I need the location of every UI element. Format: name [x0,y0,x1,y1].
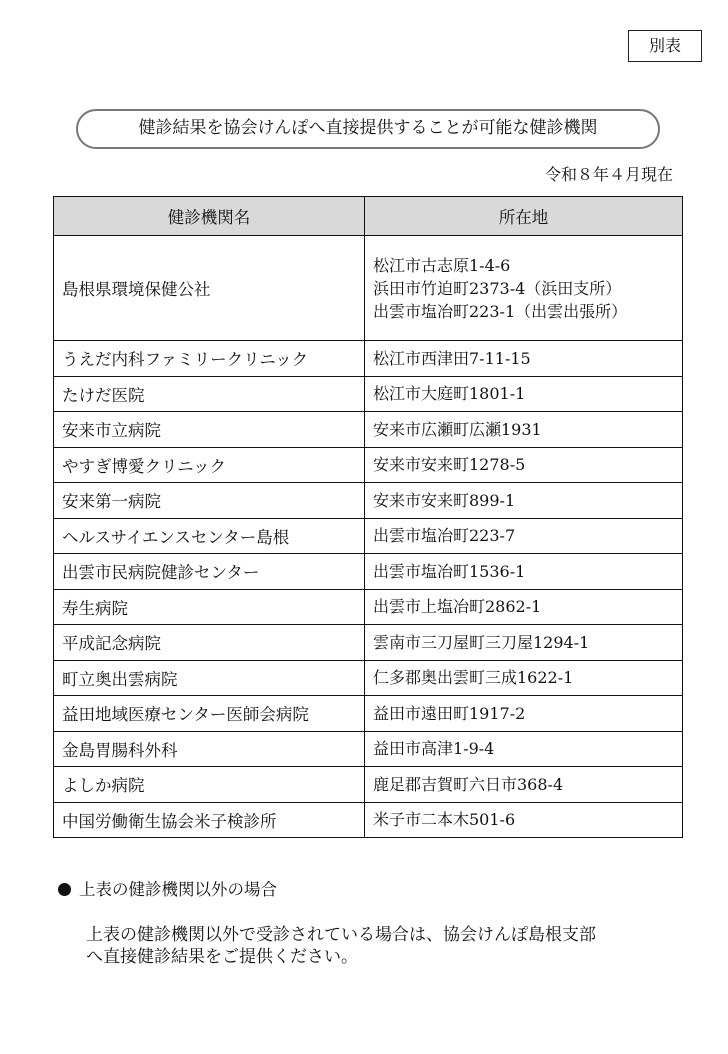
table-row: 安来第一病院安来市安来町899-1 [54,483,683,519]
table-row: たけだ医院松江市大庭町1801-1 [54,376,683,412]
institution-name: うえだ内科ファミリークリニック [54,341,365,377]
address-line: 松江市古志原1-4-6 [373,254,674,277]
table-header-row: 健診機関名 所在地 [54,197,683,236]
institution-address: 安来市安来町1278-5 [365,447,683,483]
institution-address: 出雲市塩冶町1536-1 [365,554,683,590]
address-line: 益田市高津1-9-4 [373,737,674,760]
section-body: 上表の健診機関以外で受診されている場合は、協会けんぽ島根支部 へ直接健診結果をご… [86,924,686,968]
table-row: 寿生病院出雲市上塩冶町2862-1 [54,589,683,625]
table-row: 町立奥出雲病院仁多郡奥出雲町三成1622-1 [54,660,683,696]
institution-name: ヘルスサイエンスセンター島根 [54,518,365,554]
address-line: 松江市大庭町1801-1 [373,382,674,405]
address-line: 益田市遠田町1917-2 [373,702,674,725]
section-heading: 上表の健診機関以外の場合 [58,876,277,900]
table-row: 中国労働衛生協会米子検診所米子市二本木501-6 [54,802,683,838]
institution-address: 出雲市上塩冶町2862-1 [365,589,683,625]
institution-address: 米子市二本木501-6 [365,802,683,838]
institution-table: 健診機関名 所在地 島根県環境保健公社松江市古志原1-4-6浜田市竹迫町2373… [53,196,683,838]
address-line: 安来市安来町1278-5 [373,453,674,476]
as-of-date: 令和８年４月現在 [545,162,673,185]
table-row: 金島胃腸科外科益田市高津1-9-4 [54,731,683,767]
table-row: 出雲市民病院健診センター出雲市塩冶町1536-1 [54,554,683,590]
table-row: やすぎ博愛クリニック安来市安来町1278-5 [54,447,683,483]
institution-address: 安来市広瀬町広瀬1931 [365,412,683,448]
address-line: 雲南市三刀屋町三刀屋1294-1 [373,631,674,654]
section-heading-text: 上表の健診機関以外の場合 [79,880,277,899]
bullet-icon [58,883,71,896]
institution-name: 安来市立病院 [54,412,365,448]
institution-address: 益田市高津1-9-4 [365,731,683,767]
attachment-label: 別表 [628,30,702,62]
institution-name: 寿生病院 [54,589,365,625]
institution-name: やすぎ博愛クリニック [54,447,365,483]
institution-address: 松江市西津田7-11-15 [365,341,683,377]
institution-name: 益田地域医療センター医師会病院 [54,696,365,732]
institution-name: 安来第一病院 [54,483,365,519]
address-line: 出雲市上塩冶町2862-1 [373,595,674,618]
address-line: 米子市二本木501-6 [373,808,674,831]
address-line: 仁多郡奥出雲町三成1622-1 [373,666,674,689]
institution-name: たけだ医院 [54,376,365,412]
address-line: 鹿足郡吉賀町六日市368-4 [373,773,674,796]
institution-name: 中国労働衛生協会米子検診所 [54,802,365,838]
institution-name: 島根県環境保健公社 [54,236,365,341]
institution-address: 安来市安来町899-1 [365,483,683,519]
address-line: 出雲市塩冶町223-1（出雲出張所） [373,300,674,323]
institution-name: 平成記念病院 [54,625,365,661]
table-row: 益田地域医療センター医師会病院益田市遠田町1917-2 [54,696,683,732]
institution-address: 益田市遠田町1917-2 [365,696,683,732]
address-line: 浜田市竹迫町2373-4（浜田支所） [373,277,674,300]
institution-name: 出雲市民病院健診センター [54,554,365,590]
institution-address: 仁多郡奥出雲町三成1622-1 [365,660,683,696]
address-line: 安来市安来町899-1 [373,489,674,512]
document-title: 健診結果を協会けんぽへ直接提供することが可能な健診機関 [76,109,660,149]
table-row: 島根県環境保健公社松江市古志原1-4-6浜田市竹迫町2373-4（浜田支所）出雲… [54,236,683,341]
address-line: 出雲市塩冶町1536-1 [373,560,674,583]
institution-address: 鹿足郡吉賀町六日市368-4 [365,767,683,803]
table-row: ヘルスサイエンスセンター島根出雲市塩冶町223-7 [54,518,683,554]
table-row: 安来市立病院安来市広瀬町広瀬1931 [54,412,683,448]
address-line: 安来市広瀬町広瀬1931 [373,418,674,441]
table-row: よしか病院鹿足郡吉賀町六日市368-4 [54,767,683,803]
section-body-line: 上表の健診機関以外で受診されている場合は、協会けんぽ島根支部 [86,924,686,946]
institution-name: よしか病院 [54,767,365,803]
section-body-line: へ直接健診結果をご提供ください。 [86,946,686,968]
institution-address: 松江市古志原1-4-6浜田市竹迫町2373-4（浜田支所）出雲市塩冶町223-1… [365,236,683,341]
header-address: 所在地 [365,197,683,236]
address-line: 松江市西津田7-11-15 [373,347,674,370]
institution-address: 松江市大庭町1801-1 [365,376,683,412]
institution-address: 雲南市三刀屋町三刀屋1294-1 [365,625,683,661]
institution-name: 金島胃腸科外科 [54,731,365,767]
institution-address: 出雲市塩冶町223-7 [365,518,683,554]
institution-name: 町立奥出雲病院 [54,660,365,696]
table-row: うえだ内科ファミリークリニック松江市西津田7-11-15 [54,341,683,377]
header-institution-name: 健診機関名 [54,197,365,236]
address-line: 出雲市塩冶町223-7 [373,524,674,547]
table-row: 平成記念病院雲南市三刀屋町三刀屋1294-1 [54,625,683,661]
